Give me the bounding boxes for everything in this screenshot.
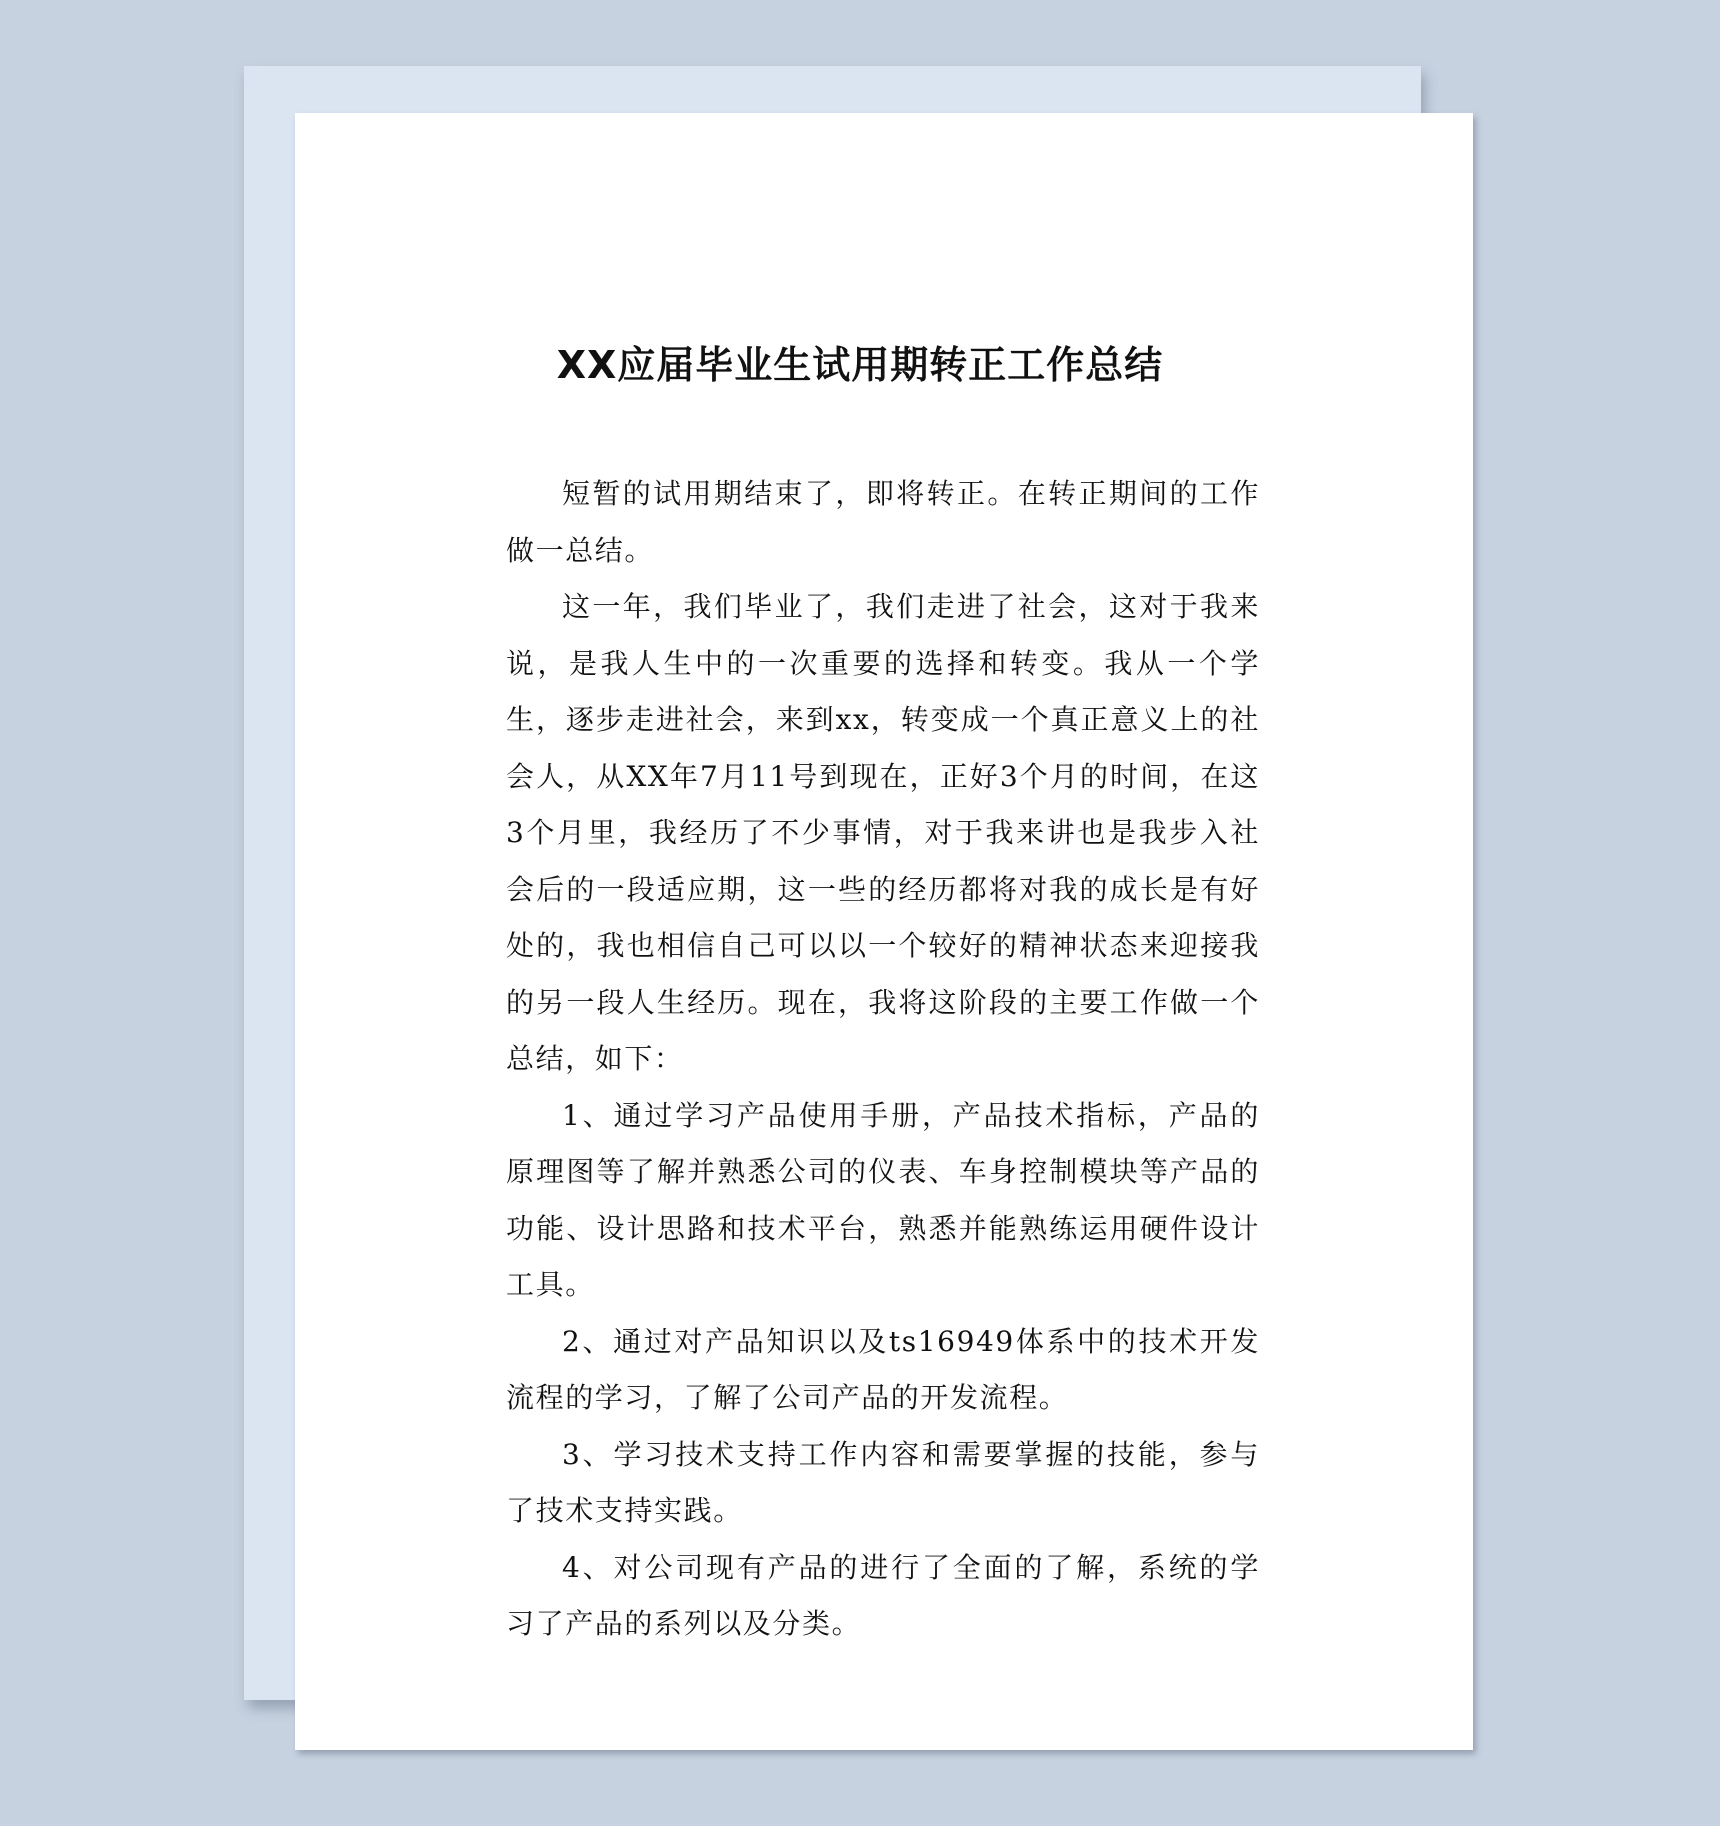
document-title: XX应届毕业生试用期转正工作总结 — [0, 334, 1720, 389]
paragraph-background: 这一年，我们毕业了，我们走进了社会，这对于我来说，是我人生中的一次重要的选择和转… — [506, 579, 1260, 1088]
paragraph-item-2: 2、通过对产品知识以及ts16949体系中的技术开发流程的学习，了解了公司产品的… — [506, 1314, 1260, 1427]
paragraph-item-1: 1、通过学习产品使用手册，产品技术指标，产品的原理图等了解并熟悉公司的仪表、车身… — [506, 1088, 1260, 1314]
paragraph-intro: 短暂的试用期结束了，即将转正。在转正期间的工作做一总结。 — [506, 466, 1260, 579]
paragraph-item-3: 3、学习技术支持工作内容和需要掌握的技能，参与了技术支持实践。 — [506, 1427, 1260, 1540]
document-body: 短暂的试用期结束了，即将转正。在转正期间的工作做一总结。 这一年，我们毕业了，我… — [506, 466, 1260, 1653]
paragraph-item-4: 4、对公司现有产品的进行了全面的了解，系统的学习了产品的系列以及分类。 — [506, 1540, 1260, 1653]
